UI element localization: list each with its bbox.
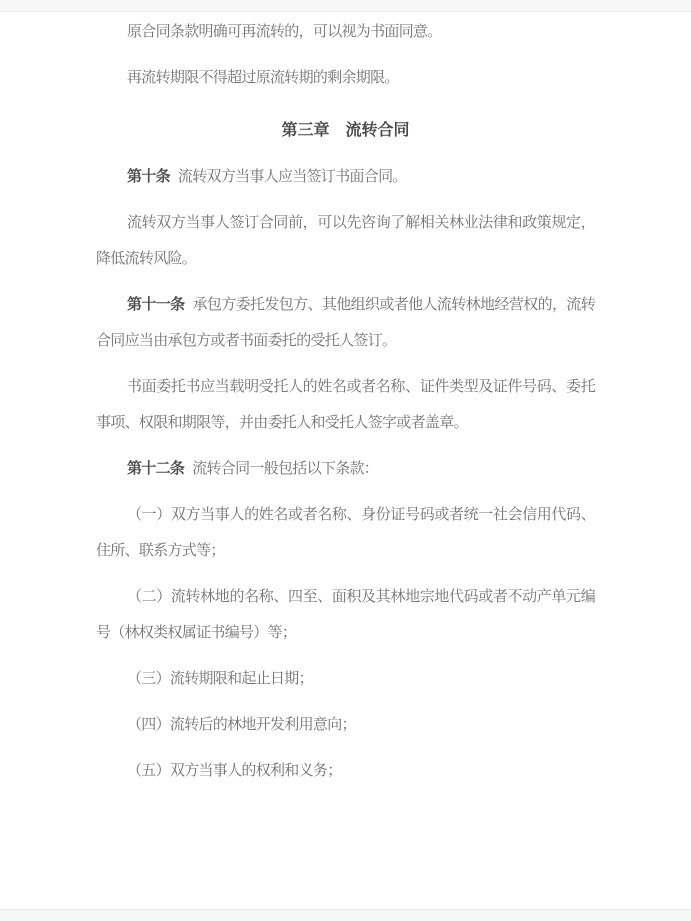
viewer-background-bottom [0,909,691,921]
article-11-number: 第十一条 [127,297,193,313]
clause-item-3: （三）流转期限和起止日期； [96,661,595,697]
article-12: 第十二条流转合同一般包括以下条款： [96,451,595,487]
clause-item-2: （二）流转林地的名称、四至、面积及其林地宗地代码或者不动产单元编号（林权类权属证… [96,579,595,651]
article-11: 第十一条承包方委托发包方、其他组织或者他人流转林地经营权的，流转合同应当由承包方… [96,287,595,359]
article-10-text: 流转双方当事人应当签订书面合同。 [178,169,407,185]
chapter-heading: 第三章 流转合同 [96,113,595,149]
paragraph-re-transfer-consent: 原合同条款明确可再流转的，可以视为书面同意。 [96,14,595,50]
article-12-text: 流转合同一般包括以下条款： [192,461,378,477]
article-10-number: 第十条 [127,169,178,185]
document-viewer: 原合同条款明确可再流转的，可以视为书面同意。 再流转期限不得超过原流转期的剩余期… [0,0,691,921]
clause-item-1: （一）双方当事人的姓名或者名称、身份证号码或者统一社会信用代码、住所、联系方式等… [96,497,595,569]
document-page: 原合同条款明确可再流转的，可以视为书面同意。 再流转期限不得超过原流转期的剩余期… [0,13,691,908]
paragraph-consult-before-signing: 流转双方当事人签订合同前，可以先咨询了解相关林业法律和政策规定，降低流转风险。 [96,205,595,277]
clause-item-4: （四）流转后的林地开发利用意向； [96,707,595,743]
clause-item-5: （五）双方当事人的权利和义务； [96,753,595,789]
article-10: 第十条流转双方当事人应当签订书面合同。 [96,159,595,195]
document-content: 原合同条款明确可再流转的，可以视为书面同意。 再流转期限不得超过原流转期的剩余期… [0,13,691,789]
viewer-background-top [0,0,691,12]
paragraph-re-transfer-term-limit: 再流转期限不得超过原流转期的剩余期限。 [96,60,595,96]
article-12-number: 第十二条 [127,461,192,477]
paragraph-written-authorization: 书面委托书应当载明受托人的姓名或者名称、证件类型及证件号码、委托事项、权限和期限… [96,369,595,441]
